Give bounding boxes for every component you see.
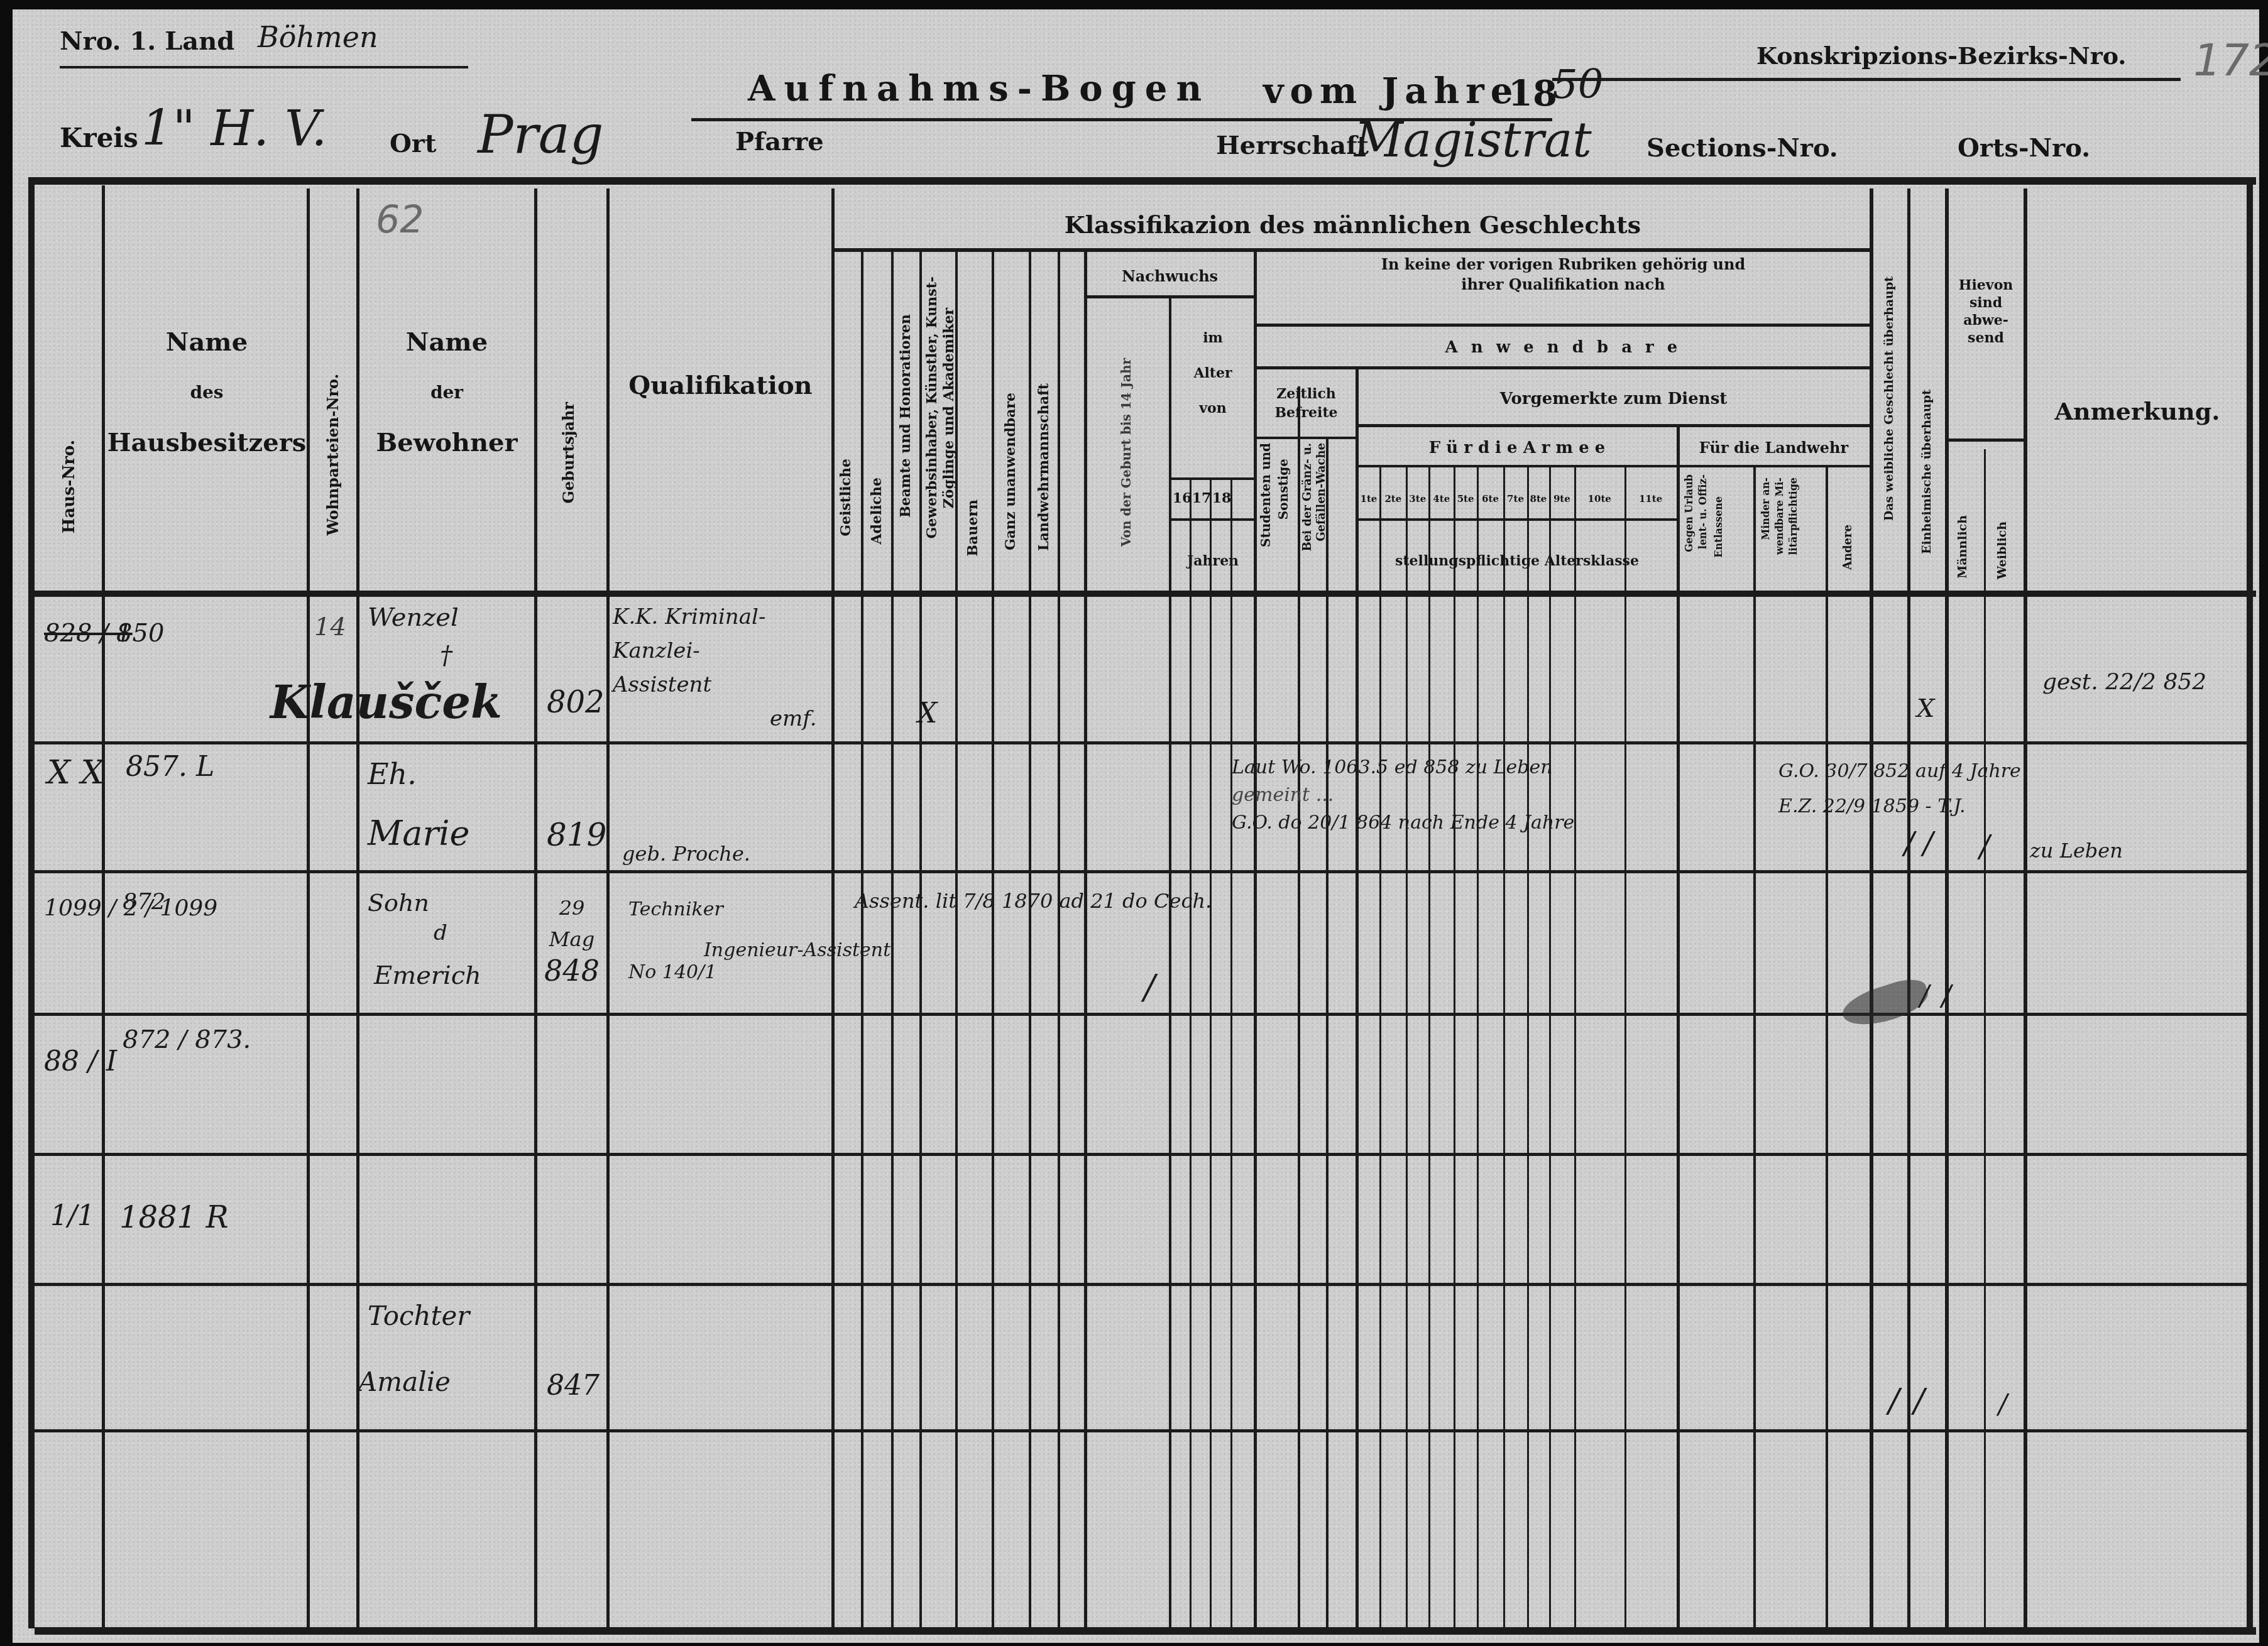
landwehr-divider: [1678, 465, 1870, 467]
header-line: der: [359, 368, 534, 418]
nro-land-label: Nro. 1. Land: [60, 26, 234, 56]
header-zoeglinge: Zöglinge und Akademiker: [941, 308, 957, 508]
header-line: Bewohner: [359, 418, 534, 468]
header-line: Befreite: [1257, 403, 1356, 422]
col-line: [307, 188, 310, 1630]
land-underline: [60, 66, 468, 68]
altersklasse-11: 11te: [1624, 493, 1677, 512]
hievon-divider: [1946, 439, 2024, 442]
header-studenten: Studenten und: [1258, 443, 1273, 547]
row1-qualifikation: K.K. Kriminal- Kanzlei- Assistent emf.: [613, 600, 817, 736]
header-line: send: [1948, 329, 2024, 347]
row3-bewohner-d: d: [434, 920, 447, 946]
header-einheimische: Einheimische überhaupt: [1920, 390, 1934, 554]
col-line: [1503, 466, 1505, 1630]
row3-mark-right-1: /: [1920, 980, 1929, 1012]
header-in-keine: In keine der vorigen Rubriken gehörig un…: [1257, 254, 1870, 295]
table-top-border: [28, 177, 2256, 185]
header-geburtsjahr: Geburtsjahr: [559, 402, 578, 504]
konskriptions-underline: [1552, 78, 2181, 81]
header-wohnparteien: Wohnparteien-Nro.: [324, 374, 342, 536]
header-line: Name: [107, 317, 307, 368]
geburt-month: Mag: [537, 924, 606, 955]
col-line: [1428, 466, 1430, 1630]
header-adeliche: Adeliche: [868, 477, 885, 545]
row-separator: [35, 1429, 2250, 1432]
table-bottom-border: [35, 1627, 2256, 1635]
col-line: [831, 188, 835, 1630]
col-line: [992, 248, 994, 1630]
col-line: [1624, 466, 1626, 1630]
title-vom-jahre: vom Jahre: [1263, 70, 1519, 112]
header-ganz-unanwendbare: Ganz unanwendbare: [1002, 393, 1019, 550]
herrschaft-label: Herrschaft: [1216, 131, 1369, 160]
header-klassifikation: Klassifikazion des männlichen Geschlecht…: [836, 210, 1870, 239]
col-line: [1549, 466, 1551, 1630]
row-separator: [35, 870, 2250, 873]
konskriptions-bezirks-label: Konskripzions-Bezirks-Nro.: [1756, 41, 2127, 70]
row2-hausbesitzer: 857. L: [126, 751, 214, 783]
header-landwehrmannschaft: Landwehrmannschaft: [1036, 383, 1052, 551]
header-vorgemerkte: Vorgemerkte zum Dienst: [1357, 390, 1870, 408]
row3-qualifikation-2: No 140/1: [628, 961, 716, 983]
row6-bewohner-first: Tochter: [368, 1300, 469, 1331]
row2-qualifikation: geb. Proche.: [622, 842, 750, 866]
age-divider-top: [1170, 477, 1254, 480]
row3-assent-note: Assent. lit 7/8 1870 ad 21 do Cech.: [855, 889, 1212, 913]
pfarre-label: Pfarre: [735, 127, 824, 156]
header-line: von: [1172, 391, 1254, 426]
row2-mark-3: /: [1980, 829, 1990, 864]
row2-anmerkung: zu Leben: [2030, 839, 2123, 863]
header-age-17: 17: [1192, 490, 1212, 506]
header-bewohner: Name der Bewohner: [359, 317, 534, 468]
row-separator: [35, 1013, 2250, 1016]
row2-bewohner-first: Eh.: [368, 757, 417, 791]
header-hievon: Hievon sind abwe- send: [1948, 276, 2024, 347]
header-fuer-armee: F ü r d i e A r m e e: [1357, 439, 1677, 457]
col-line: [1084, 248, 1087, 1630]
row1-anmerkung: gest. 22/2 852: [2042, 669, 2206, 695]
kreis-label: Kreis: [60, 123, 138, 153]
row1-geburtsjahr: 802: [547, 685, 605, 720]
land-value: Böhmen: [258, 20, 378, 54]
header-line: Alter: [1172, 356, 1254, 391]
qualifikation-line: Kanzlei-: [613, 634, 817, 668]
row1-bewohner-cross: †: [440, 641, 452, 670]
col-line: [1190, 479, 1192, 1630]
altersklasse-1: 1te: [1357, 493, 1380, 512]
row-separator: [35, 1283, 2250, 1286]
col-line: [1753, 466, 1756, 1630]
note-line: G.O. 30/7 852 auf 4 Jahre: [1778, 754, 2021, 789]
sections-nro-label: Sections-Nro.: [1646, 133, 1838, 163]
row-separator: [35, 1153, 2250, 1156]
row2-mark-2: /: [1923, 826, 1933, 861]
vorgemerkte-divider: [1357, 424, 1870, 427]
col-line: [1326, 438, 1328, 1630]
header-grenzwache-1: Bei der Gränz- u.: [1301, 443, 1314, 551]
in-keine-divider: [1255, 324, 1870, 327]
age-divider-bottom: [1170, 518, 1254, 521]
header-weibliche: Das weibliche Geschlecht überhaupt: [1882, 276, 1896, 521]
row2-geburtsjahr: 819: [547, 817, 606, 853]
ort-value: Prag: [478, 104, 604, 165]
row6-geburtsjahr: 847: [547, 1370, 600, 1402]
row1-mark-beamte: X: [918, 697, 937, 729]
altersklasse-8: 8te: [1527, 493, 1549, 512]
header-jahren: Jahren: [1172, 553, 1254, 569]
header-age-16: 16: [1172, 490, 1192, 506]
header-qualifikation: Qualifikation: [610, 371, 831, 400]
header-line: Name: [359, 317, 534, 368]
header-zeitlich-befreite: Zeitlich Befreite: [1257, 384, 1356, 422]
header-line: des: [107, 368, 307, 418]
row6-mark-3: /: [1998, 1388, 2007, 1419]
header-anmerkung: Anmerkung.: [2027, 397, 2247, 425]
row3-mark-right-2: /: [1942, 980, 1951, 1012]
row6-mark-2: /: [1914, 1382, 1925, 1420]
col-line: [1984, 449, 1986, 1630]
header-line: In keine der vorigen Rubriken gehörig un…: [1257, 254, 1870, 275]
col-line: [1058, 248, 1060, 1630]
row2-mark-1: /: [1904, 826, 1914, 861]
row3-qualifikation-1: Techniker: [628, 898, 723, 920]
header-age-18: 18: [1212, 490, 1232, 506]
col-line: [1870, 188, 1873, 1630]
year-printed: 18: [1508, 73, 1557, 114]
altersklasse-7: 7te: [1504, 493, 1528, 512]
header-grenzwache-2: Gefällen-Wache: [1315, 443, 1328, 542]
col-line: [1454, 466, 1455, 1630]
row6-bewohner-name: Amalie: [358, 1366, 451, 1397]
note-line: gemeint ...: [1232, 782, 1574, 809]
altersklasse-4: 4te: [1429, 493, 1454, 512]
header-gegen-urlaub-1: Gegen Urlaub: [1683, 474, 1695, 552]
row6-mark-1: /: [1888, 1382, 1900, 1420]
col-line: [1210, 479, 1212, 1630]
row3-mark-landwehr: /: [1144, 967, 1155, 1007]
header-fuer-landwehr: Für die Landwehr: [1678, 439, 1870, 457]
header-im-alter-von: im Alter von: [1172, 320, 1254, 426]
orts-nro-label: Orts-Nro.: [1958, 133, 2090, 163]
note-line: G.O. do 20/1 864 nach Ende 4 Jahre: [1232, 809, 1574, 837]
header-altersklassen: 1te 2te 3te 4te 5te 6te 7te 8te 9te 10te…: [1357, 493, 1677, 512]
nachwuchs-divider: [1085, 295, 1254, 298]
header-andere: Andere: [1841, 525, 1854, 570]
header-stellungspflichtige: stellungspflichtige Altersklasse: [1357, 553, 1677, 569]
table-right-border: [2247, 177, 2253, 1628]
header-line: Hausbesitzers: [107, 418, 307, 468]
row1-bewohner-surname: Klaušček: [270, 675, 502, 729]
klass-title-divider: [833, 248, 1870, 252]
herrschaft-value: Magistrat: [1354, 112, 1592, 168]
sheet-number-pencil: 172: [2193, 35, 2268, 86]
row2-bewohner-name: Marie: [368, 814, 470, 853]
header-gegen-urlaub-3: Entlassene: [1712, 496, 1724, 558]
header-bottom-border: [28, 591, 2256, 597]
anwendbare-divider: [1255, 366, 1870, 369]
col-line: [1945, 188, 1949, 1630]
header-geistliche: Geistliche: [838, 459, 854, 537]
header-von-geburt: Von der Geburt bis 14 Jahr: [1119, 358, 1134, 547]
header-anwendbare: A n w e n d b a r e: [1257, 338, 1870, 357]
header-line: abwe-: [1948, 312, 2024, 329]
qualifikation-line: Assistent: [613, 668, 817, 702]
header-line: sind: [1948, 294, 2024, 312]
row1-bewohner-first: Wenzel: [368, 603, 459, 632]
note-line: Laut Wo. 1063.5 ed 858 zu Leben: [1232, 754, 1574, 782]
row5-hausbesitzer: 1881 R: [119, 1200, 229, 1235]
header-line: ihrer Qualifikation nach: [1257, 275, 1870, 295]
col-line: [1379, 466, 1381, 1630]
col-line: [606, 188, 610, 1630]
col-line: [1907, 188, 1910, 1630]
row2-haus-nro: X X: [47, 754, 104, 792]
col-line: [1254, 248, 1257, 1630]
col-line: [1527, 466, 1529, 1630]
row4-hausbesitzer: 872 / 873.: [123, 1018, 251, 1062]
col-line: [1574, 466, 1576, 1630]
altersklasse-10: 10te: [1574, 493, 1624, 512]
row4-haus-nro: 88 / I: [44, 1043, 117, 1081]
col-line: [891, 248, 894, 1630]
header-minder-3: litärpflichtige: [1787, 477, 1799, 555]
header-weiblich: Weiblich: [1995, 521, 2009, 579]
header-gewerbsinhaber: Gewerbsinhaber, Künstler, Kunst-: [924, 276, 940, 539]
altersklasse-3: 3te: [1406, 493, 1429, 512]
row3-bewohner-first: Sohn: [368, 889, 429, 917]
col-line: [919, 248, 922, 1630]
col-line: [1677, 425, 1680, 1630]
klasse-divider: [1357, 518, 1677, 521]
header-sonstige: Sonstige: [1276, 459, 1291, 520]
col-line: [1230, 479, 1232, 1630]
header-maennlich: Männlich: [1956, 515, 1969, 579]
col-line: [1406, 466, 1408, 1630]
row-separator: [35, 741, 2250, 744]
geburt-day: 29: [537, 892, 606, 924]
title-aufnahms-bogen: Aufnahms-Bogen: [748, 68, 1210, 109]
qualifikation-line: K.K. Kriminal-: [613, 600, 817, 634]
col-line: [1029, 248, 1031, 1630]
header-line: Hievon: [1948, 276, 2024, 294]
ort-label: Ort: [390, 129, 436, 158]
table-left-border: [28, 177, 35, 1628]
qualifikation-line: emf.: [613, 702, 817, 736]
header-line: im: [1172, 320, 1254, 356]
header-nachwuchs: Nachwuchs: [1086, 267, 1254, 285]
geburt-year: 848: [537, 955, 606, 986]
header-haus-nro: Haus-Nro.: [60, 440, 79, 533]
row2-right-notes: G.O. 30/7 852 auf 4 Jahre E.Z. 22/9 1859…: [1778, 754, 2021, 824]
row3-hausbesitzer: 872: [123, 889, 166, 915]
col-line: [1477, 466, 1479, 1630]
year-handwritten: 50: [1552, 62, 1603, 108]
page-number-pencil: 62: [376, 198, 424, 242]
row3-bewohner-name: Emerich: [374, 961, 481, 990]
row2-armee-notes: Laut Wo. 1063.5 ed 858 zu Leben gemeint …: [1232, 754, 1574, 837]
altersklasse-6: 6te: [1477, 493, 1504, 512]
col-line: [1826, 466, 1828, 1630]
header-gegen-urlaub-2: lent- u. Offiz-: [1697, 474, 1709, 549]
row1-mark-einheimische: X: [1917, 694, 1934, 723]
row5-haus-nro: 1/1: [50, 1200, 95, 1232]
row3-geburtsjahr: 29 Mag 848: [537, 892, 606, 986]
col-line: [1298, 386, 1300, 1630]
altersklasse-5: 5te: [1454, 493, 1477, 512]
befreite-divider: [1255, 437, 1356, 439]
kreis-value: 1" H. V.: [141, 101, 327, 157]
header-minder-2: wendbare Mi-: [1773, 477, 1785, 555]
note-line: E.Z. 22/9 1859 - T.J.: [1778, 789, 2021, 824]
header-line: Zeitlich: [1257, 384, 1356, 403]
altersklasse-2: 2te: [1380, 493, 1406, 512]
header-beamte: Beamte und Honoratioren: [897, 314, 914, 518]
header-hausbesitzer: Name des Hausbesitzers: [107, 317, 307, 468]
altersklasse-9: 9te: [1549, 493, 1574, 512]
row1-wohnpartei: 14: [314, 613, 346, 641]
header-minder-1: Minder an-: [1760, 477, 1772, 540]
header-bauern: Bauern: [965, 499, 981, 556]
row3-qualifikation-3: Ingenieur-Assistent: [704, 939, 890, 961]
row1-hausbesitzer: 850: [116, 619, 164, 648]
